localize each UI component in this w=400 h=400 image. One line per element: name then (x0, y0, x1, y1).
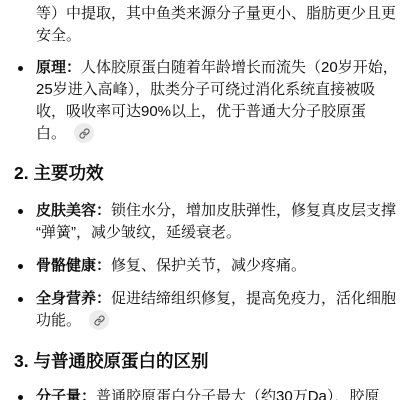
text-run: 功能。 (36, 312, 81, 329)
list-item-body-nutrition: 全身营养：促进结缔组织修复，提高免疫力，活化细胞 功能。 (0, 288, 400, 332)
text-line: 功能。 (36, 310, 400, 332)
list-item-bone: 骨骼健康：修复、保护关节，减少疼痛。 (0, 255, 400, 277)
text-line: 骨骼健康：修复、保护关节，减少疼痛。 (36, 255, 400, 277)
bullet-label: 分子量： (36, 388, 96, 400)
bullet-label: 全身营养： (36, 290, 111, 307)
list-item-skin: 皮肤美容：锁住水分，增加皮肤弹性，修复真皮层支撑 “弹簧”，减少皱纹，延缓衰老。 (0, 200, 400, 244)
text-run: 修复、保护关节，减少疼痛。 (111, 257, 306, 274)
list-item-continuation: 等）中提取，其中鱼类来源分子量更小、脂肪更少且更 安全。 (0, 3, 400, 47)
bullet-dot-icon (18, 264, 23, 269)
bullet-label: 原理： (36, 59, 81, 76)
text-line: 白。 (36, 123, 400, 145)
text-line: 25岁进入高峰），肽类分子可绕过消化系统直接被吸 (36, 79, 400, 101)
text-run: 锁住水分，增加皮肤弹性，修复真皮层支撑 (111, 202, 396, 219)
text-line: “弹簧”，减少皱纹，延缓衰老。 (36, 222, 400, 244)
text-run: 白。 (36, 125, 66, 142)
text-line: 收，吸收率可达90%以上，优于普通大分子胶原蛋 (36, 101, 400, 123)
text-run: 人体胶原蛋白随着年龄增长而流失（20岁开始， (81, 59, 398, 76)
bullet-dot-icon (18, 297, 23, 302)
chat-message-content: 等）中提取，其中鱼类来源分子量更小、脂肪更少且更 安全。 原理：人体胶原蛋白随着… (0, 0, 400, 400)
citation-link-badge[interactable] (74, 123, 94, 143)
bullet-label: 皮肤美容： (36, 202, 111, 219)
section-heading-effects: 2. 主要功效 (14, 163, 400, 183)
text-line: 原理：人体胶原蛋白随着年龄增长而流失（20岁开始， (36, 57, 400, 79)
link-icon (94, 315, 105, 326)
bullet-label: 骨骼健康： (36, 257, 111, 274)
link-icon (79, 128, 90, 139)
bullet-dot-icon (18, 209, 23, 214)
text-line: 等）中提取，其中鱼类来源分子量更小、脂肪更少且更 (36, 3, 400, 25)
text-run: 促进结缔组织修复，提高免疫力，活化细胞 (111, 290, 396, 307)
list-item-molecular-weight: 分子量：普通胶原蛋白分子最大（约30万Da），胶原 (0, 386, 400, 400)
text-line: 全身营养：促进结缔组织修复，提高免疫力，活化细胞 (36, 288, 400, 310)
text-line: 安全。 (36, 25, 400, 47)
citation-link-badge[interactable] (89, 310, 109, 330)
text-line: 皮肤美容：锁住水分，增加皮肤弹性，修复真皮层支撑 (36, 200, 400, 222)
bullet-dot-icon (18, 395, 23, 400)
text-run: 普通胶原蛋白分子最大（约30万Da），胶原 (96, 388, 379, 400)
list-item-principle: 原理：人体胶原蛋白随着年龄增长而流失（20岁开始， 25岁进入高峰），肽类分子可… (0, 57, 400, 145)
text-line: 分子量：普通胶原蛋白分子最大（约30万Da），胶原 (36, 386, 400, 400)
section-heading-difference: 3. 与普通胶原蛋白的区别 (14, 351, 400, 371)
bullet-dot-icon (18, 66, 23, 71)
